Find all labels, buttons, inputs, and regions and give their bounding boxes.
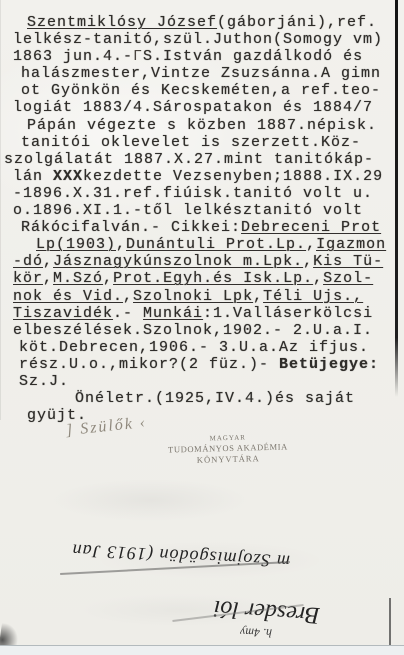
typed-segment: o.1896.XI.1.-től lelkésztanitó volt <box>13 202 363 219</box>
typed-line: -dó,Jásznagykúnszolnok m.Lpk.,Kis Tü- <box>0 253 404 270</box>
document-card: Szentmiklósy József(gáborjáni),ref.lelké… <box>0 0 404 655</box>
underlined-title: Jásznagykúnszolnok m.Lpk. <box>53 253 303 270</box>
scan-edge-right <box>395 0 398 397</box>
typed-line: kör,M.Szó,Prot.Egyh.és Isk.Lp.,Szol- <box>0 270 404 287</box>
typed-segment: szolgálatát 1887.X.27.mint tanitókáp- <box>4 151 374 168</box>
typed-segment: , <box>103 270 113 287</box>
underlined-title: Lp(1903) <box>36 236 116 253</box>
typed-segment: (gáborjáni),ref. <box>217 14 377 31</box>
typed-segment: logiát 1883/4.Sárospatakon és 1884/7 <box>13 99 373 116</box>
typed-line: Rákócifalván.- Cikkei:Debreceni Prot <box>0 219 404 236</box>
typed-segment: , <box>313 270 323 287</box>
typed-line: halászmester,Vintze Zsuzsánna.A gimn <box>0 65 404 82</box>
typed-line: tanitói oklevelet is szerzett.Köz- <box>0 134 404 151</box>
typed-segment: .- <box>113 305 143 322</box>
underlined-title: Debreceni Prot <box>241 219 381 236</box>
typed-segment: -1896.X.31.ref.fiúisk.tanitó volt u. <box>13 185 373 202</box>
underlined-title: Igazmon <box>316 236 386 253</box>
typed-line: nok és Vid.,Szolnoki Lpk,Téli Ujs., <box>0 288 404 305</box>
scan-edge-bottom <box>0 645 404 655</box>
typed-segment: elbeszélések.Szolnok,1902.- 2.U.a.I. <box>13 322 373 339</box>
typed-segment: , <box>306 236 316 253</box>
typed-segment: Rákócifalván.- Cikkei: <box>21 219 241 236</box>
library-stamp: MAGYAR TUDOMÁNYOS AKADÉMIA KÖNYVTÁRA <box>168 431 289 466</box>
typed-line: lán XXXkezdette Vezsenyben;1888.IX.29 <box>0 168 404 185</box>
typed-segment: , <box>43 270 53 287</box>
underlined-title: Dunántuli Prot.Lp. <box>126 236 306 253</box>
typed-segment: tanitói oklevelet is szerzett.Köz- <box>21 134 361 151</box>
typed-line: Sz.J. <box>0 373 404 390</box>
typed-line: Pápán végezte s közben 1887.népisk. <box>0 117 404 134</box>
typed-line: lelkész-tanitó,szül.Juthon(Somogy vm) <box>0 31 404 48</box>
typed-line: 1863 jun.4.-ΓS.István gazdálkodó és <box>0 48 404 65</box>
typed-line: gyüjt. <box>0 407 404 424</box>
typed-segment: :1.Valláserkölcsi <box>203 305 373 322</box>
handwritten-note-2: Bresder lói <box>169 591 321 628</box>
typed-segment: , <box>43 253 53 270</box>
underlined-title: M.Szó <box>53 270 103 287</box>
underlined-title: Szentmiklósy József <box>27 14 217 31</box>
underlined-title: Tiszavidék <box>13 305 113 322</box>
typed-segment: , <box>116 236 126 253</box>
typed-line: o.1896.XI.1.-től lelkésztanitó volt <box>0 202 404 219</box>
typed-segment: Sz.J. <box>19 373 69 390</box>
scan-edge-right-lower <box>389 598 391 646</box>
typed-line: rész.U.o.,mikor?(2 füz.)- Betüjegye: <box>0 356 404 373</box>
underlined-title: Téli Ujs., <box>263 288 363 305</box>
typed-segment: ot Gyönkön és Kecskeméten,a ref.teo- <box>21 82 381 99</box>
typed-segment: rész.U.o.,mikor?(2 füz.)- <box>19 356 279 373</box>
typed-segment: lán <box>13 168 53 185</box>
typed-line: szolgálatát 1887.X.27.mint tanitókáp- <box>0 151 404 168</box>
typed-line: köt.Debrecen,1906.- 3.U.a.Az ifjus. <box>0 339 404 356</box>
pencil-insertion-mark: Γ <box>133 48 143 65</box>
underlined-title: Szol- <box>323 270 373 287</box>
typed-segment: , <box>303 253 313 270</box>
typed-line: Önéletr.(1925,IV.4.)és saját <box>0 390 404 407</box>
underlined-title: -dó <box>13 253 43 270</box>
typed-segment: halászmester,Vintze Zsuzsánna.A gimn <box>21 65 381 82</box>
typed-segment: S.István gazdálkodó és <box>143 48 363 65</box>
underlined-title: nok és Vid. <box>13 288 123 305</box>
underlined-title: Kis Tü- <box>313 253 383 270</box>
underlined-title: kör <box>13 270 43 287</box>
handwritten-note-3: h. 4my <box>202 623 272 640</box>
underlined-title: Munkái <box>143 305 203 322</box>
underlined-title: Prot.Egyh.és Isk.Lp. <box>113 270 313 287</box>
typed-line: Tiszavidék.- Munkái:1.Valláserkölcsi <box>0 305 404 322</box>
typed-line: Szentmiklósy József(gáborjáni),ref. <box>0 14 404 31</box>
typed-line: elbeszélések.Szolnok,1902.- 2.U.a.I. <box>0 322 404 339</box>
typed-segment: , <box>123 288 133 305</box>
typed-text: Szentmiklósy József(gáborjáni),ref.lelké… <box>0 14 404 424</box>
typed-segment: , <box>253 288 263 305</box>
typed-segment: köt.Debrecen,1906.- 3.U.a.Az ifjus. <box>19 339 369 356</box>
scan-edge-left <box>0 0 1 420</box>
typed-segment: 1863 jun.4.- <box>13 48 133 65</box>
typed-line: -1896.X.31.ref.fiúisk.tanitó volt u. <box>0 185 404 202</box>
typed-segment: kezdette Vezsenyben;1888.IX.29 <box>83 168 383 185</box>
typed-segment: Pápán végezte s közben 1887.népisk. <box>27 117 377 134</box>
typed-segment: XXX <box>53 168 83 185</box>
typed-line: ot Gyönkön és Kecskeméten,a ref.teo- <box>0 82 404 99</box>
typed-segment: Betüjegye: <box>279 356 379 373</box>
typed-line: Lp(1903),Dunántuli Prot.Lp.,Igazmon <box>0 236 404 253</box>
underlined-title: Szolnoki Lpk <box>133 288 253 305</box>
typed-segment: lelkész-tanitó,szül.Juthon(Somogy vm) <box>13 31 383 48</box>
typed-line: logiát 1883/4.Sárospatakon és 1884/7 <box>0 99 404 116</box>
typed-segment: Önéletr.(1925,IV.4.)és saját <box>75 390 355 407</box>
